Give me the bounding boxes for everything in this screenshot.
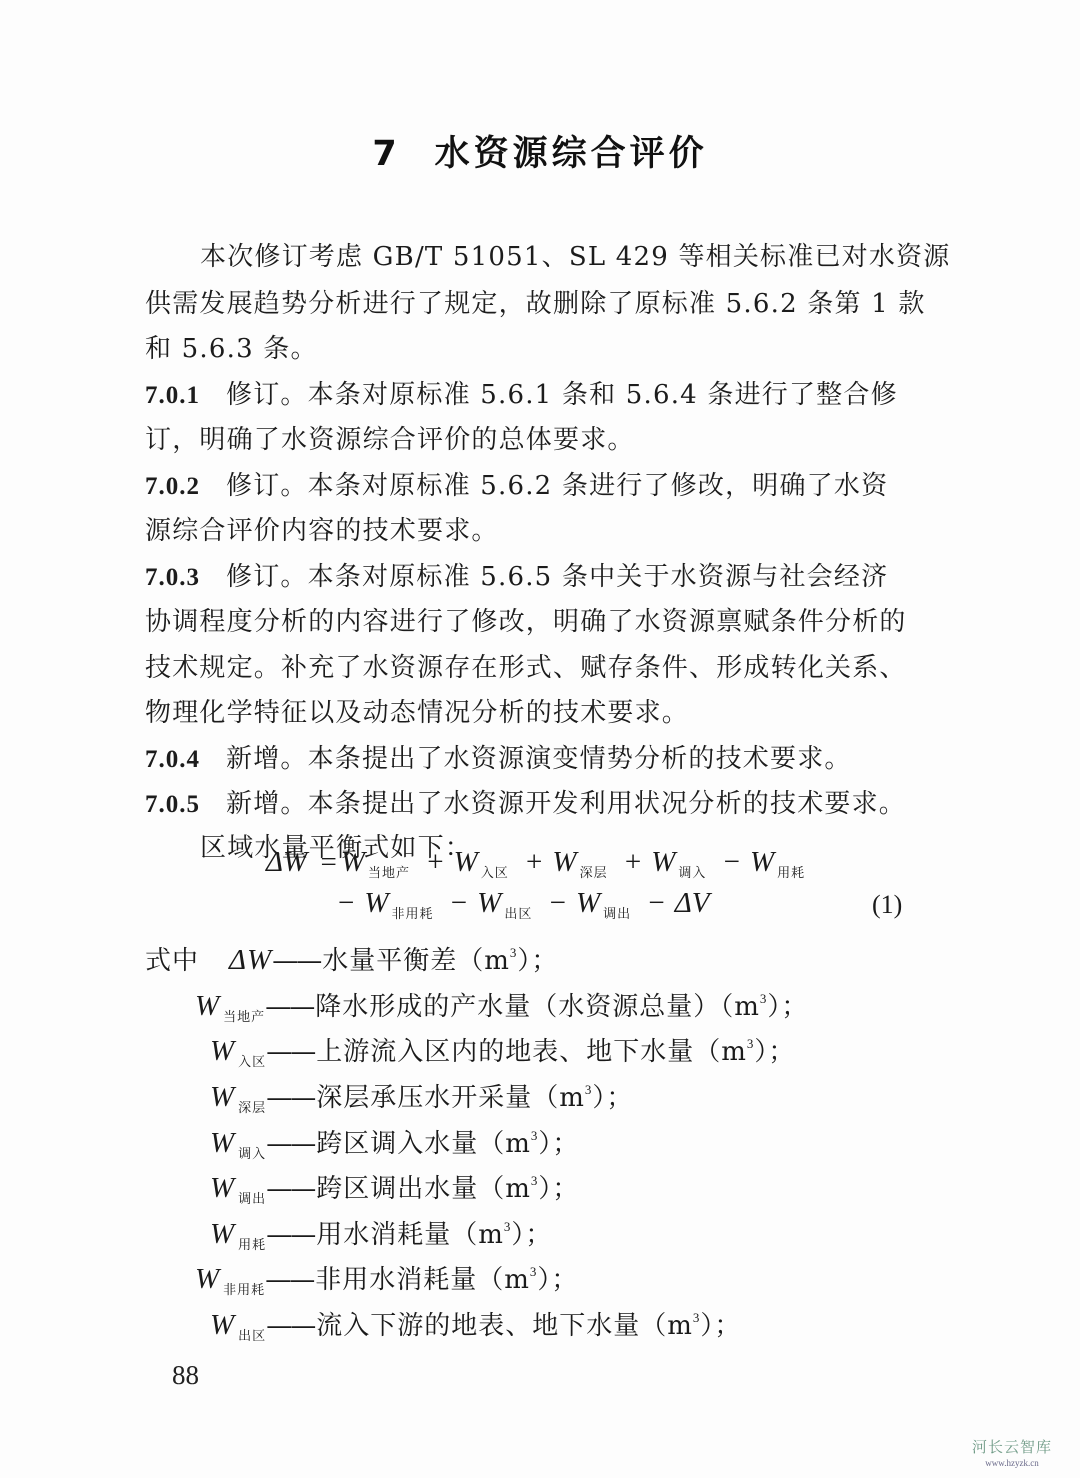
definition-subscript: 用耗	[238, 1238, 266, 1253]
definition-end: ）；	[592, 1083, 633, 1113]
definition-end: ）；	[700, 1311, 741, 1341]
definition-description: 用水消耗量（m	[316, 1220, 504, 1250]
definition-description: 跨区调入水量（m	[316, 1129, 531, 1159]
equation-number: (1)	[872, 890, 902, 920]
definition-dash: ——	[266, 1311, 314, 1341]
clause-7-0-4: 7.0.4新增。本条提出了水资源演变情势分析的技术要求。	[145, 743, 852, 776]
formula-operator: +	[427, 846, 443, 878]
formula-term-subscript: 用耗	[777, 866, 805, 881]
definition-subscript: 调出	[238, 1192, 266, 1207]
formula-operator: +	[526, 846, 542, 878]
definition-end: ）；	[538, 1129, 579, 1159]
definition-row: W深层——深层承压水开采量（m3）；	[210, 1074, 633, 1125]
clause-text: 协调程度分析的内容进行了修改，明确了水资源禀赋条件分析的	[145, 606, 907, 638]
definition-dash: ——	[266, 1220, 314, 1250]
definition-symbol: W	[210, 1172, 235, 1204]
definition-description: 降水形成的产水量（水资源总量）（m	[315, 992, 760, 1022]
clause-number: 7.0.1	[145, 382, 200, 409]
clause-7-0-5: 7.0.5新增。本条提出了水资源开发利用状况分析的技术要求。	[145, 788, 906, 821]
clause-text: 修订。本条对原标准 5.6.5 条中关于水资源与社会经济	[226, 562, 888, 592]
formula-operator: −	[451, 887, 467, 919]
definition-subscript: 当地产	[223, 1010, 265, 1025]
formula-term-symbol: W	[576, 887, 600, 919]
watermark: 河长云智库 www.hzyzk.cn	[972, 1436, 1052, 1468]
definition-subscript: 深层	[238, 1101, 266, 1116]
watermark-url: www.hzyzk.cn	[972, 1458, 1052, 1468]
formula-term-symbol: W	[651, 846, 675, 878]
definition-description: 深层承压水开采量（m	[316, 1083, 585, 1113]
definition-symbol: W	[210, 1081, 235, 1113]
clause-text: 修订。本条对原标准 5.6.2 条进行了修改，明确了水资	[226, 471, 888, 501]
formula-term-subscript: 调出	[603, 907, 631, 922]
definition-end: ）；	[517, 946, 558, 976]
definition-symbol: W	[195, 990, 220, 1022]
clause-number: 7.0.4	[145, 746, 200, 773]
definition-end: ）；	[767, 992, 808, 1022]
formula-line-1: ΔW =W当地产 +W入区 +W深层 +W调入 −W用耗	[266, 846, 805, 881]
formula-term-subscript: 当地产	[368, 866, 410, 881]
clause-text: 物理化学特征以及动态情况分析的技术要求。	[145, 697, 689, 729]
definition-row: W出区——流入下游的地表、地下水量（m3）；	[210, 1302, 741, 1353]
clause-number: 7.0.5	[145, 791, 200, 818]
formula-term-symbol: W	[364, 887, 388, 919]
clause-text: 新增。本条提出了水资源演变情势分析的技术要求。	[226, 744, 852, 774]
definition-description: 跨区调出水量（m	[316, 1174, 531, 1204]
clause-number: 7.0.3	[145, 564, 200, 591]
definition-row: 式中ΔW——水量平衡差（m3）；	[145, 937, 558, 977]
definition-dash: ——	[265, 992, 313, 1022]
definition-dash: ——	[266, 1037, 314, 1067]
definition-end: ）；	[538, 1174, 579, 1204]
definition-row: W调入——跨区调入水量（m3）；	[210, 1120, 579, 1171]
definition-symbol: W	[210, 1127, 235, 1159]
clause-number: 7.0.2	[145, 473, 200, 500]
chapter-title-text: 水资源综合评价	[435, 134, 708, 174]
definition-description: 水量平衡差（m	[322, 946, 510, 976]
clause-text: 技术规定。补充了水资源存在形式、赋存条件、形成转化关系、	[145, 652, 907, 684]
definition-dash: ——	[265, 1265, 313, 1295]
formula-term-symbol: ΔV	[675, 887, 710, 919]
definition-dash: ——	[266, 1129, 314, 1159]
definition-subscript: 入区	[238, 1055, 266, 1070]
formula-term-subscript: 入区	[481, 866, 509, 881]
clause-text: 修订。本条对原标准 5.6.1 条和 5.6.4 条进行了整合修	[226, 380, 898, 410]
definition-subscript: 调入	[238, 1147, 266, 1162]
definition-dash: ——	[266, 1083, 314, 1113]
definition-end: ）；	[754, 1037, 795, 1067]
intro-line: 和 5.6.3 条。	[145, 333, 318, 365]
definition-row: W用耗——用水消耗量（m3）；	[210, 1211, 552, 1262]
definition-subscript: 非用耗	[223, 1283, 265, 1298]
document-page: 7水资源综合评价 本次修订考虑 GB/T 51051、SL 429 等相关标准已…	[0, 0, 1080, 1478]
definition-symbol: W	[195, 1263, 220, 1295]
definition-dash: ——	[266, 1174, 314, 1204]
formula-term-symbol: W	[552, 846, 576, 878]
formula-operator: −	[338, 887, 354, 919]
formula-term-symbol: W	[477, 887, 501, 919]
formula-operator: −	[550, 887, 566, 919]
formula-term-symbol: W	[750, 846, 774, 878]
definition-symbol: W	[210, 1035, 235, 1067]
definition-end: ）；	[511, 1220, 552, 1250]
intro-line: 供需发展趋势分析进行了规定，故删除了原标准 5.6.2 条第 1 款	[145, 288, 926, 320]
intro-line: 本次修订考虑 GB/T 51051、SL 429 等相关标准已对水资源	[200, 241, 950, 273]
formula-term-subscript: 深层	[580, 866, 608, 881]
formula-term-subscript: 调入	[678, 866, 706, 881]
where-label: 式中	[145, 946, 199, 976]
formula-term-subscript: 非用耗	[392, 907, 434, 922]
formula-equals: =	[320, 846, 336, 878]
definition-description: 流入下游的地表、地下水量（m	[316, 1311, 693, 1341]
definition-row: W入区——上游流入区内的地表、地下水量（m3）；	[210, 1028, 795, 1079]
clause-text: 新增。本条提出了水资源开发利用状况分析的技术要求。	[226, 789, 906, 819]
formula-line-2: −W非用耗 −W出区 −W调出 −ΔV	[338, 887, 710, 922]
formula-operator: +	[625, 846, 641, 878]
formula-term-subscript: 出区	[504, 907, 532, 922]
definition-row: W调出——跨区调出水量（m3）；	[210, 1165, 579, 1216]
clause-7-0-3: 7.0.3修订。本条对原标准 5.6.5 条中关于水资源与社会经济	[145, 561, 888, 594]
formula-term-symbol: W	[454, 846, 478, 878]
definition-subscript: 出区	[238, 1329, 266, 1344]
watermark-name: 河长云智库	[972, 1436, 1052, 1457]
definition-dash: ——	[272, 946, 320, 976]
definition-symbol: W	[210, 1309, 235, 1341]
definition-description: 上游流入区内的地表、地下水量（m	[316, 1037, 747, 1067]
page-number: 88	[172, 1360, 199, 1391]
definition-end: ）；	[537, 1265, 578, 1295]
chapter-number: 7	[372, 134, 400, 174]
clause-text: 订，明确了水资源综合评价的总体要求。	[145, 424, 635, 456]
formula-term-symbol: W	[341, 846, 365, 878]
formula-lhs: ΔW	[266, 846, 307, 878]
definition-row: W当地产——降水形成的产水量（水资源总量）（m3）；	[195, 983, 808, 1034]
chapter-title: 7水资源综合评价	[0, 126, 1080, 176]
definition-symbol: W	[210, 1218, 235, 1250]
definition-row: W非用耗——非用水消耗量（m3）；	[195, 1256, 578, 1307]
clause-7-0-1: 7.0.1修订。本条对原标准 5.6.1 条和 5.6.4 条进行了整合修	[145, 379, 898, 412]
formula-operator: −	[648, 887, 664, 919]
clause-7-0-2: 7.0.2修订。本条对原标准 5.6.2 条进行了修改，明确了水资	[145, 470, 888, 503]
formula-operator: −	[724, 846, 740, 878]
clause-text: 源综合评价内容的技术要求。	[145, 515, 499, 547]
definition-symbol: ΔW	[229, 944, 272, 976]
definition-description: 非用水消耗量（m	[315, 1265, 530, 1295]
